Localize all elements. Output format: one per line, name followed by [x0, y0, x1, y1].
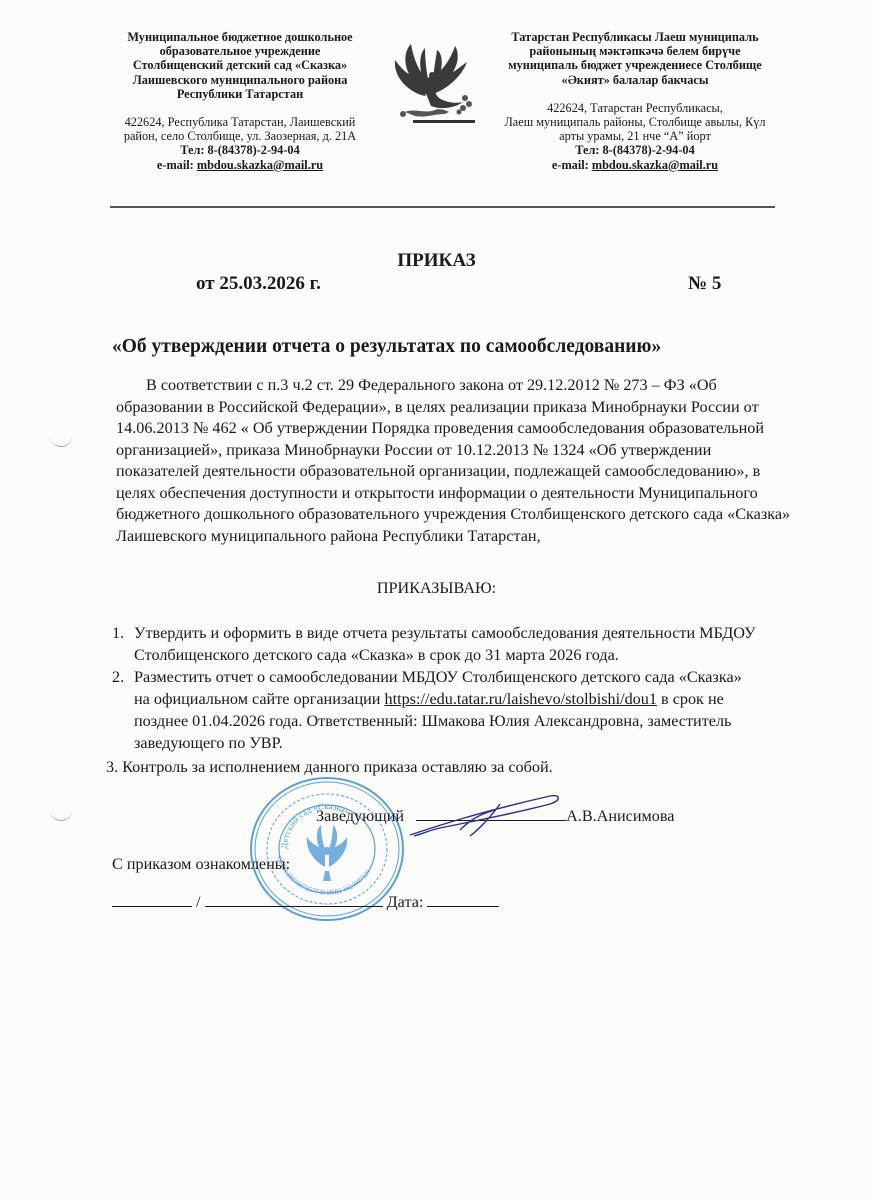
item-number: 1. — [112, 623, 124, 645]
email-label: e-mail: — [157, 158, 197, 172]
address-ru: 422624, Республика Татарстан, Лаишевский… — [100, 115, 380, 143]
order-item-1: 1. Утвердить и оформить в виде отчета ре… — [112, 623, 812, 667]
punch-hole-mark — [50, 432, 72, 447]
document-type-title: ПРИКАЗ — [0, 250, 873, 272]
item-text: на официальном сайте организации — [134, 690, 384, 708]
org-line: Столбищенский детский сад «Сказка» — [100, 58, 380, 72]
address-line: район, село Столбище, ул. Заозерная, д. … — [100, 129, 380, 143]
order-item-3: 3. Контроль за исполнением данного прика… — [106, 757, 806, 779]
item-line: Утвердить и оформить в виде отчета резул… — [134, 624, 756, 642]
org-name-tt: Татарстан Республикасы Лаеш муниципаль р… — [490, 30, 780, 87]
address-line: 422624, Республика Татарстан, Лаишевский — [100, 115, 380, 129]
header-right: Татарстан Республикасы Лаеш муниципаль р… — [490, 30, 780, 172]
order-word: ПРИКАЗЫВАЮ: — [0, 578, 873, 600]
org-line: Татарстан Республикасы Лаеш муниципаль — [490, 30, 780, 44]
item-text: в срок не — [657, 690, 724, 708]
item-number: 3. — [106, 758, 118, 776]
handwritten-signature — [400, 790, 570, 840]
org-line: Муниципальное бюджетное дошкольное — [100, 30, 380, 44]
punch-hole-mark — [50, 806, 72, 821]
org-line: «Әкият» балалар бакчасы — [490, 73, 780, 87]
name-blank[interactable] — [205, 892, 383, 907]
document-subject: «Об утверждении отчета о результатах по … — [112, 336, 661, 358]
address-line: Лаеш муниципаль районы, Столбище авылы, … — [490, 115, 780, 129]
item-text: Утвердить и оформить в виде отчета резул… — [134, 623, 756, 645]
phone: Тел: 8-(84378)-2-94-04 — [100, 143, 380, 157]
signatory-name: А.В.Анисимова — [566, 807, 674, 825]
org-name-ru: Муниципальное бюджетное дошкольное образ… — [100, 30, 380, 101]
item-line: заведующего по УВР. — [134, 733, 283, 755]
org-line: муниципаль бюджет учреждениесе Столбище — [490, 58, 780, 72]
email-link[interactable]: mbdou.skazka@mail.ru — [592, 158, 718, 172]
item-text: Контроль за исполнением данного приказа … — [122, 758, 553, 776]
address-tt: 422624, Татарстан Республикасы, Лаеш мун… — [490, 101, 780, 144]
email-row: e-mail: mbdou.skazka@mail.ru — [100, 158, 380, 172]
address-line: арты урамы, 21 нче “А” йорт — [490, 129, 780, 143]
org-line: районының мәктәпкәчә белем бирүче — [490, 44, 780, 58]
header-divider — [110, 206, 775, 208]
item-text: Столбищенского детского сада «Сказка» в … — [134, 645, 619, 667]
item-number: 2. — [112, 667, 124, 689]
preamble-paragraph: В соответствии с п.3 ч.2 ст. 29 Федераль… — [116, 375, 796, 547]
website-link[interactable]: https://edu.tatar.ru/laishevo/stolbishi/… — [384, 690, 656, 708]
header-left: Муниципальное бюджетное дошкольное образ… — [100, 30, 380, 172]
item-line: Разместить отчет о самообследовании МБДО… — [134, 667, 742, 689]
org-line: Республики Татарстан — [100, 87, 380, 101]
document-date: от 25.03.2026 г. — [196, 273, 321, 295]
email-row: e-mail: mbdou.skazka@mail.ru — [490, 158, 780, 172]
email-link[interactable]: mbdou.skazka@mail.ru — [197, 158, 323, 172]
acknowledgement-row: / Дата: — [112, 892, 499, 914]
item-line: позднее 01.04.2026 года. Ответственный: … — [134, 711, 731, 733]
document-number: № 5 — [688, 273, 721, 295]
item-line: Столбищенского детского сада «Сказка» в … — [134, 646, 619, 664]
org-line: Лаишевского муниципального района — [100, 73, 380, 87]
order-item-2: 2. Разместить отчет о самообследовании М… — [112, 667, 812, 755]
signatory-position: Заведующий — [316, 807, 404, 825]
email-label: e-mail: — [552, 158, 592, 172]
acknowledged-label: С приказом ознакомлены: — [112, 854, 290, 876]
address-line: 422624, Татарстан Республикасы, — [490, 101, 780, 115]
date-label: Дата: — [387, 893, 424, 911]
date-blank[interactable] — [427, 892, 499, 907]
separator: / — [196, 893, 201, 911]
item-line: на официальном сайте организации https:/… — [134, 689, 724, 711]
signature-blank[interactable] — [112, 892, 192, 907]
firebird-emblem-icon — [375, 38, 485, 138]
org-line: образовательное учреждение — [100, 44, 380, 58]
phone: Тел: 8-(84378)-2-94-04 — [490, 143, 780, 157]
